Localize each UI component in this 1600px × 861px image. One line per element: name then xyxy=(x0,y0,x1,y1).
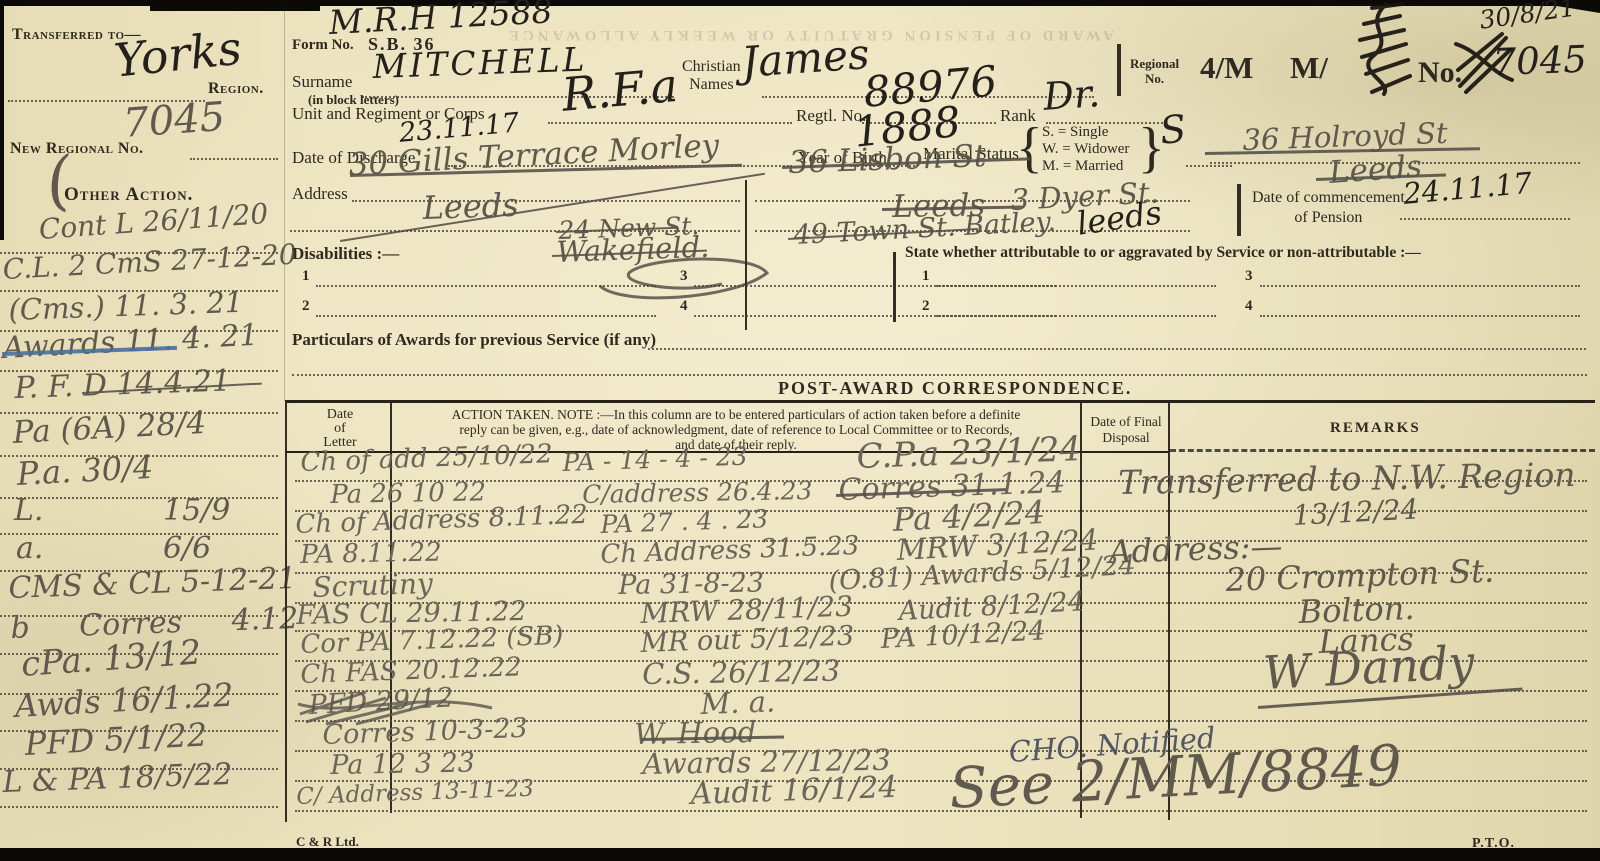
col-header-final-disposal: Date of Final Disposal xyxy=(1084,414,1168,446)
attributable-divider xyxy=(893,252,896,322)
ink-scribble xyxy=(1452,30,1516,94)
table-top-border xyxy=(285,400,1595,403)
table-row-action: MR out 5/12/23 xyxy=(640,623,855,657)
new-regional-no-label: New Regional No. xyxy=(10,140,144,158)
other-action-entry: CMS & CL 5-12-21 xyxy=(8,564,297,604)
remark-entry: Transferred to N.W. Region xyxy=(1118,458,1576,499)
dotted-line xyxy=(548,120,792,124)
dotted-line xyxy=(1260,283,1580,287)
other-action-entry: a. 6/6 xyxy=(16,534,211,564)
other-action-entry: PFD 5/1/22 xyxy=(24,718,208,760)
attributable-4-label: 4 xyxy=(1245,298,1253,315)
pencil-scribble xyxy=(296,684,496,728)
table-row-date: Ch of add 25/10/22 xyxy=(300,441,553,476)
attributable-2-label: 2 xyxy=(922,298,930,315)
dotted-line xyxy=(292,372,1587,376)
disability-4-label: 4 xyxy=(680,298,688,315)
disabilities-label: Disabilities :— xyxy=(292,244,399,264)
surname-value: MITCHELL xyxy=(372,43,588,83)
marital-option-single: S. = Single xyxy=(1042,124,1108,141)
table-row-date: Pa 12 3 23 xyxy=(330,749,475,779)
date-note: 30/8/21 xyxy=(1478,0,1577,33)
dotted-line xyxy=(316,283,656,287)
address-column-divider xyxy=(745,180,747,330)
table-row-action: PA 27 . 4 . 23 xyxy=(600,506,769,537)
dotted-line xyxy=(0,804,278,808)
dotted-line xyxy=(1260,313,1580,317)
scan-edge-bottom xyxy=(0,848,1600,861)
table-row-disposal: PA 10/12/24 xyxy=(880,617,1046,653)
ink-scribble xyxy=(1342,2,1422,97)
pto-label: P.T.O. xyxy=(1472,836,1515,852)
remark-entry: 20 Crompton St. xyxy=(1225,555,1495,596)
dotted-line xyxy=(190,156,278,160)
panel-crease xyxy=(284,6,285,401)
form-no-label: Form No. xyxy=(292,37,354,54)
other-action-entry: C.L. 2 CmS 27-12-20 xyxy=(2,241,297,284)
table-row-date: C/ Address 13-11-23 xyxy=(296,778,534,809)
table-row-action: Ch Address 31.5.23 xyxy=(600,533,860,568)
surname-label: Surname xyxy=(292,72,352,92)
disability-2-label: 2 xyxy=(302,298,310,315)
table-title: POST-AWARD CORRESPONDENCE. xyxy=(778,378,1132,399)
address-label: Address xyxy=(292,184,348,204)
dotted-line xyxy=(648,346,1586,350)
col-header-remarks: REMARKS xyxy=(1330,420,1421,437)
table-row-line xyxy=(295,808,1587,812)
marital-option-married: M. = Married xyxy=(1042,158,1123,175)
transferred-region-value: Yorks xyxy=(112,25,244,84)
other-action-entry: cPa. 13/12 xyxy=(20,635,202,681)
attributable-3-label: 3 xyxy=(1245,268,1253,285)
previous-awards-label: Particulars of Awards for previous Servi… xyxy=(292,330,656,350)
other-action-entry: Pa (6A) 28/4 xyxy=(12,408,207,449)
pension-divider xyxy=(1237,184,1241,236)
other-action-entry: L. 15/9 xyxy=(14,496,230,526)
pension-record-card: AWARD OF PENSION GRATUITY OR WEEKLY ALLO… xyxy=(0,0,1600,861)
unit-value: R.F.a xyxy=(560,62,680,118)
scan-edge-left xyxy=(0,0,4,240)
table-row-action: PA - 14 - 4 - 23 xyxy=(562,444,748,475)
table-left-border xyxy=(285,400,287,822)
table-row-date: PA 8.11.22 xyxy=(300,540,442,568)
rank-value: Dr. xyxy=(1042,74,1101,116)
regional-no-prefix: 4/M xyxy=(1200,50,1253,86)
disability-1-label: 1 xyxy=(302,268,310,285)
pension-value: 24.11.17 xyxy=(1402,169,1533,209)
address-entry: leeds xyxy=(1075,196,1164,240)
other-action-entry: P.a. 30/4 xyxy=(16,451,154,490)
dotted-line xyxy=(316,313,656,317)
marital-option-widower: W. = Widower xyxy=(1042,141,1129,158)
regional-no-mid: M/ xyxy=(1290,50,1328,86)
dotted-line xyxy=(936,313,1216,317)
attributable-1-label: 1 xyxy=(922,268,930,285)
disability-3-label: 3 xyxy=(680,268,688,285)
other-action-entry: L & PA 18/5/22 xyxy=(2,760,233,798)
remark-entry: 13/12/24 xyxy=(1292,495,1419,530)
attributable-label: State whether attributable to or aggrava… xyxy=(905,244,1421,262)
dotted-line xyxy=(1400,216,1570,220)
marital-status-value: S xyxy=(1158,109,1188,150)
col-header-date-of-letter: Date of Letter xyxy=(310,408,370,450)
marital-brace-open: { xyxy=(1016,116,1043,180)
christian-names-label: Christian Names xyxy=(682,58,741,94)
remark-signature: W Dandy xyxy=(1262,639,1475,696)
table-row-action: C.S. 26/12/23 xyxy=(642,657,840,689)
printer-credit: C & R Ltd. xyxy=(296,834,359,850)
table-header-border-dashed xyxy=(1170,449,1595,452)
regional-no-label: Regional No. xyxy=(1130,56,1179,86)
christian-names-value: James xyxy=(740,33,871,84)
table-row-action: Audit 16/1/24 xyxy=(690,773,898,810)
new-regional-no-value: 7045 xyxy=(122,97,226,144)
table-row-date: Cor PA 7.12.22 (SB) xyxy=(300,623,564,658)
table-row-action: C/address 26.4.23 xyxy=(582,478,813,507)
dotted-line xyxy=(936,283,1216,287)
scan-edge-top-notch xyxy=(150,0,320,11)
regional-no-divider xyxy=(1117,44,1121,96)
pension-label: Date of commencement of Pension xyxy=(1252,188,1405,228)
table-row-date: Ch FAS 20.12.22 xyxy=(300,654,522,688)
dotted-line xyxy=(352,198,740,202)
address-entry: 49 Town St. Batley. xyxy=(793,208,1056,249)
table-row-disposal: (O.81) Awards 5/12/24 xyxy=(828,552,1136,595)
